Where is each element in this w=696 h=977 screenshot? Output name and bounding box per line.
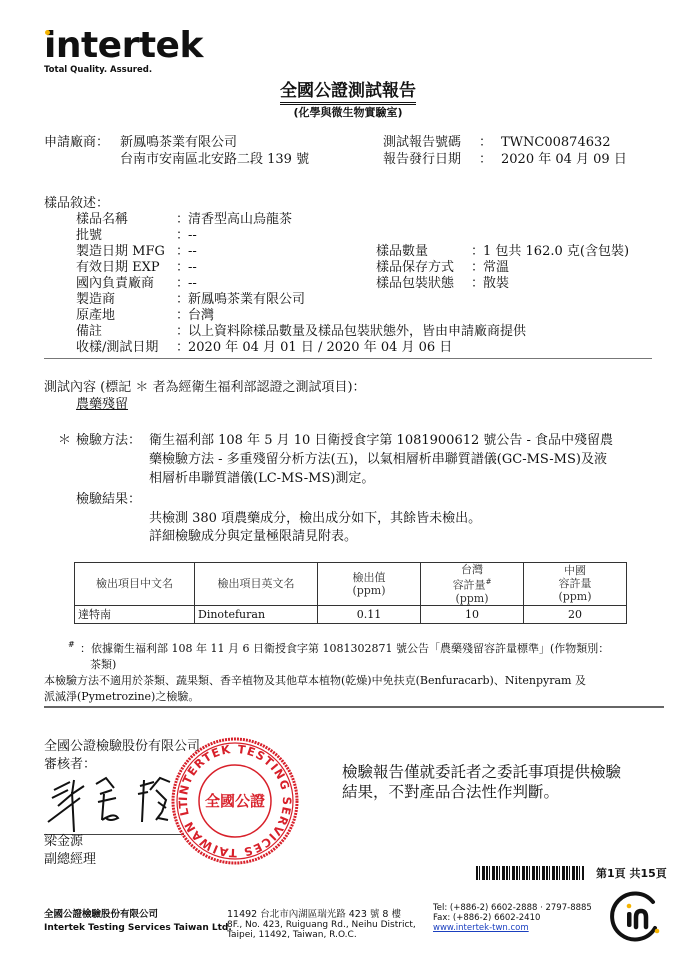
intertek-logo: intertek [44,28,203,64]
field-value: -- [188,228,197,243]
cell-en-name: Dinotefuran [195,605,318,623]
footer-website-link[interactable]: www.intertek-twn.com [433,923,529,933]
header-unit: (ppm) [455,592,488,605]
report-title-text: 全國公證測試報告 [280,81,416,105]
report-date-value: 2020 年 04 月 09 日 [501,152,627,167]
footnote-mark: # [486,578,492,586]
sample-field-name: 樣品名稱：清香型高山烏龍茶 [76,212,292,228]
test-content-heading: 測試內容 (標記 ＊ 者為經衛生福利部認證之測試項目)： [44,380,366,396]
report-number-value: TWNC00874632 [501,135,611,150]
header-value: 檢出值(ppm) [318,563,421,606]
colon: ： [176,228,188,244]
sample-field-storage: 樣品保存方式：常溫 [376,260,509,276]
sample-heading: 樣品敘述： [44,196,109,212]
header-text: 檢出值 [353,571,386,584]
field-value: 清香型高山烏龍茶 [188,212,292,227]
colon: ： [471,276,483,292]
barcode-icon [476,866,584,880]
header-tw-limit: 台灣容許量#(ppm) [421,563,524,606]
report-number-row: 測試報告號碼：TWNC00874632 [383,135,611,151]
field-value: 2020 年 04 月 01 日 / 2020 年 04 月 06 日 [188,340,452,355]
footnote-mark: # [68,637,75,653]
colon: ： [471,244,483,260]
field-label: 樣品名稱 [76,212,176,228]
field-value: -- [188,244,197,259]
method-line: 衛生福利部 108 年 5 月 10 日衛授食字第 1081900612 號公告… [149,433,613,449]
cell-tw-limit: 10 [421,605,524,623]
sample-field-quantity: 樣品數量：1 包共 162.0 克(含包裝) [376,244,629,260]
result-label: 檢驗結果： [76,492,141,508]
colon: ： [176,212,188,228]
page-indicator: 第1頁 共15頁 [596,866,667,882]
field-value: 新鳳鳴茶業有限公司 [188,292,305,307]
result-line: 共檢測 380 項農藥成分，檢出成分如下，其餘皆未檢出。 [149,511,481,527]
header-cn-name: 檢出項目中文名 [75,563,195,606]
company-seal-icon: INTERTEK TESTING SERVICES TAIWAN LTD. 全國… [170,736,300,866]
footer-company-en: Intertek Testing Services Taiwan Ltd. [44,920,232,936]
field-label: 原產地 [76,308,176,324]
table-row: 達特南 Dinotefuran 0.11 10 20 [75,605,627,623]
colon: ： [176,308,188,324]
header-unit: (ppm) [352,584,385,597]
field-label: 批號 [76,228,176,244]
footer-address-en: 8F., No. 423, Ruiguang Rd., Neihu Distri… [227,920,416,930]
reviewer-label: 審核者： [44,757,96,773]
report-date-row: 報告發行日期：2020 年 04 月 09 日 [383,152,627,168]
field-label: 樣品保存方式 [376,260,471,276]
field-value: 以上資料除樣品數量及樣品包裝狀態外，皆由申請廠商提供 [188,324,526,339]
report-date-label: 報告發行日期 [383,152,479,168]
field-label: 收樣/測試日期 [76,340,176,356]
logo-tagline: Total Quality. Assured. [44,65,152,75]
note-line: 派滅淨(Pymetrozine)之檢驗。 [44,689,199,705]
field-label: 有效日期 EXP [76,260,176,276]
section-divider [44,706,664,708]
colon: ： [176,292,188,308]
sample-field-manufacturer: 製造商：新鳳鳴茶業有限公司 [76,292,305,308]
colon: ： [479,135,501,151]
footer-fax: Fax: (+886-2) 6602-2410 [433,913,540,923]
header-text: 容許量 [453,579,486,592]
report-number-label: 測試報告號碼 [383,135,479,151]
footnote-line: 茶類) [90,657,116,673]
field-value: 1 包共 162.0 克(含包裝) [483,244,629,259]
applicant-block: 申請廠商：新鳳鳴茶業有限公司 [44,135,237,151]
field-label: 國內負責廠商 [76,276,176,292]
footer-tel: Tel: (+886-2) 6602-2888 · 2797-8885 [433,903,592,913]
sample-field-batch: 批號：-- [76,228,197,244]
report-title: 全國公證測試報告 [0,76,696,101]
applicant-address: 台南市安南區北安路二段 139 號 [120,152,309,168]
header-unit: (ppm) [558,590,591,603]
applicant-label: 申請廠商： [44,135,120,151]
signer-name: 梁金源 [44,834,83,850]
sample-field-origin: 原產地：台灣 [76,308,214,324]
cell-cn-name: 達特南 [75,605,195,623]
colon: ： [176,340,188,356]
field-label: 製造日期 MFG [76,244,176,260]
field-value: 常溫 [483,260,509,275]
field-label: 樣品包裝狀態 [376,276,471,292]
colon: ： [176,260,188,276]
applicant-name: 新鳳鳴茶業有限公司 [120,135,237,150]
report-subtitle: (化學與微生物實驗室) [0,104,696,120]
intertek-circle-logo-icon [610,890,664,944]
method-line: 藥檢驗方法 - 多重殘留分析方法(五)，以氣相層析串聯質譜儀(GC-MS-MS)… [149,452,607,468]
header-text: 台灣 [461,563,483,576]
footnote-line: ：依據衛生福利部 108 年 11 月 6 日衛授食字第 1081302871 … [80,641,609,657]
field-value: -- [188,260,197,275]
disclaimer-line: 結果，不對產品合法性作判斷。 [342,782,559,802]
method-marker: ＊ [58,433,71,449]
signer-position: 副總經理 [44,852,96,868]
field-value: 台灣 [188,308,214,323]
cell-value: 0.11 [318,605,421,623]
field-value: -- [188,276,197,291]
field-label: 備註 [76,324,176,340]
results-table: 檢出項目中文名 檢出項目英文名 檢出值(ppm) 台灣容許量#(ppm) 中國容… [74,562,627,624]
colon: ： [176,276,188,292]
sample-field-dates: 收樣/測試日期：2020 年 04 月 01 日 / 2020 年 04 月 0… [76,340,452,356]
sample-field-packaging: 樣品包裝狀態：散裝 [376,276,509,292]
header-text: 中國 [564,564,586,577]
disclaimer-line: 檢驗報告僅就委託者之委託事項提供檢驗 [342,762,621,782]
colon: ： [479,152,501,168]
colon: ： [471,260,483,276]
header-cn-limit: 中國容許量(ppm) [524,563,627,606]
method-label: 檢驗方法： [76,433,141,449]
section-divider [44,358,652,359]
svg-text:全國公證: 全國公證 [205,792,265,810]
field-value: 散裝 [483,276,509,291]
footer-address-en: Taipei, 11492, Taiwan, R.O.C. [227,930,357,940]
test-item: 農藥殘留 [76,397,128,413]
header-text: 容許量 [559,577,592,590]
sample-field-domestic: 國內負責廠商：-- [76,276,197,292]
field-label: 樣品數量 [376,244,471,260]
method-line: 相層析串聯質譜儀(LC-MS-MS)測定。 [149,471,374,487]
sample-field-remarks: 備註：以上資料除樣品數量及樣品包裝狀態外，皆由申請廠商提供 [76,324,526,340]
field-label: 製造商 [76,292,176,308]
sample-field-exp: 有效日期 EXP：-- [76,260,197,276]
header-en-name: 檢出項目英文名 [195,563,318,606]
table-header-row: 檢出項目中文名 檢出項目英文名 檢出值(ppm) 台灣容許量#(ppm) 中國容… [75,563,627,606]
note-line: 本檢驗方法不適用於茶類、蔬果類、香辛植物及其他草本植物(乾燥)中免扶克(Benf… [44,673,586,689]
colon: ： [176,324,188,340]
sample-field-mfg: 製造日期 MFG：-- [76,244,197,260]
cell-cn-limit: 20 [524,605,627,623]
logo-accent-dot [45,30,50,35]
colon: ： [176,244,188,260]
result-line: 詳細檢驗成分與定量極限請見附表。 [149,529,357,545]
